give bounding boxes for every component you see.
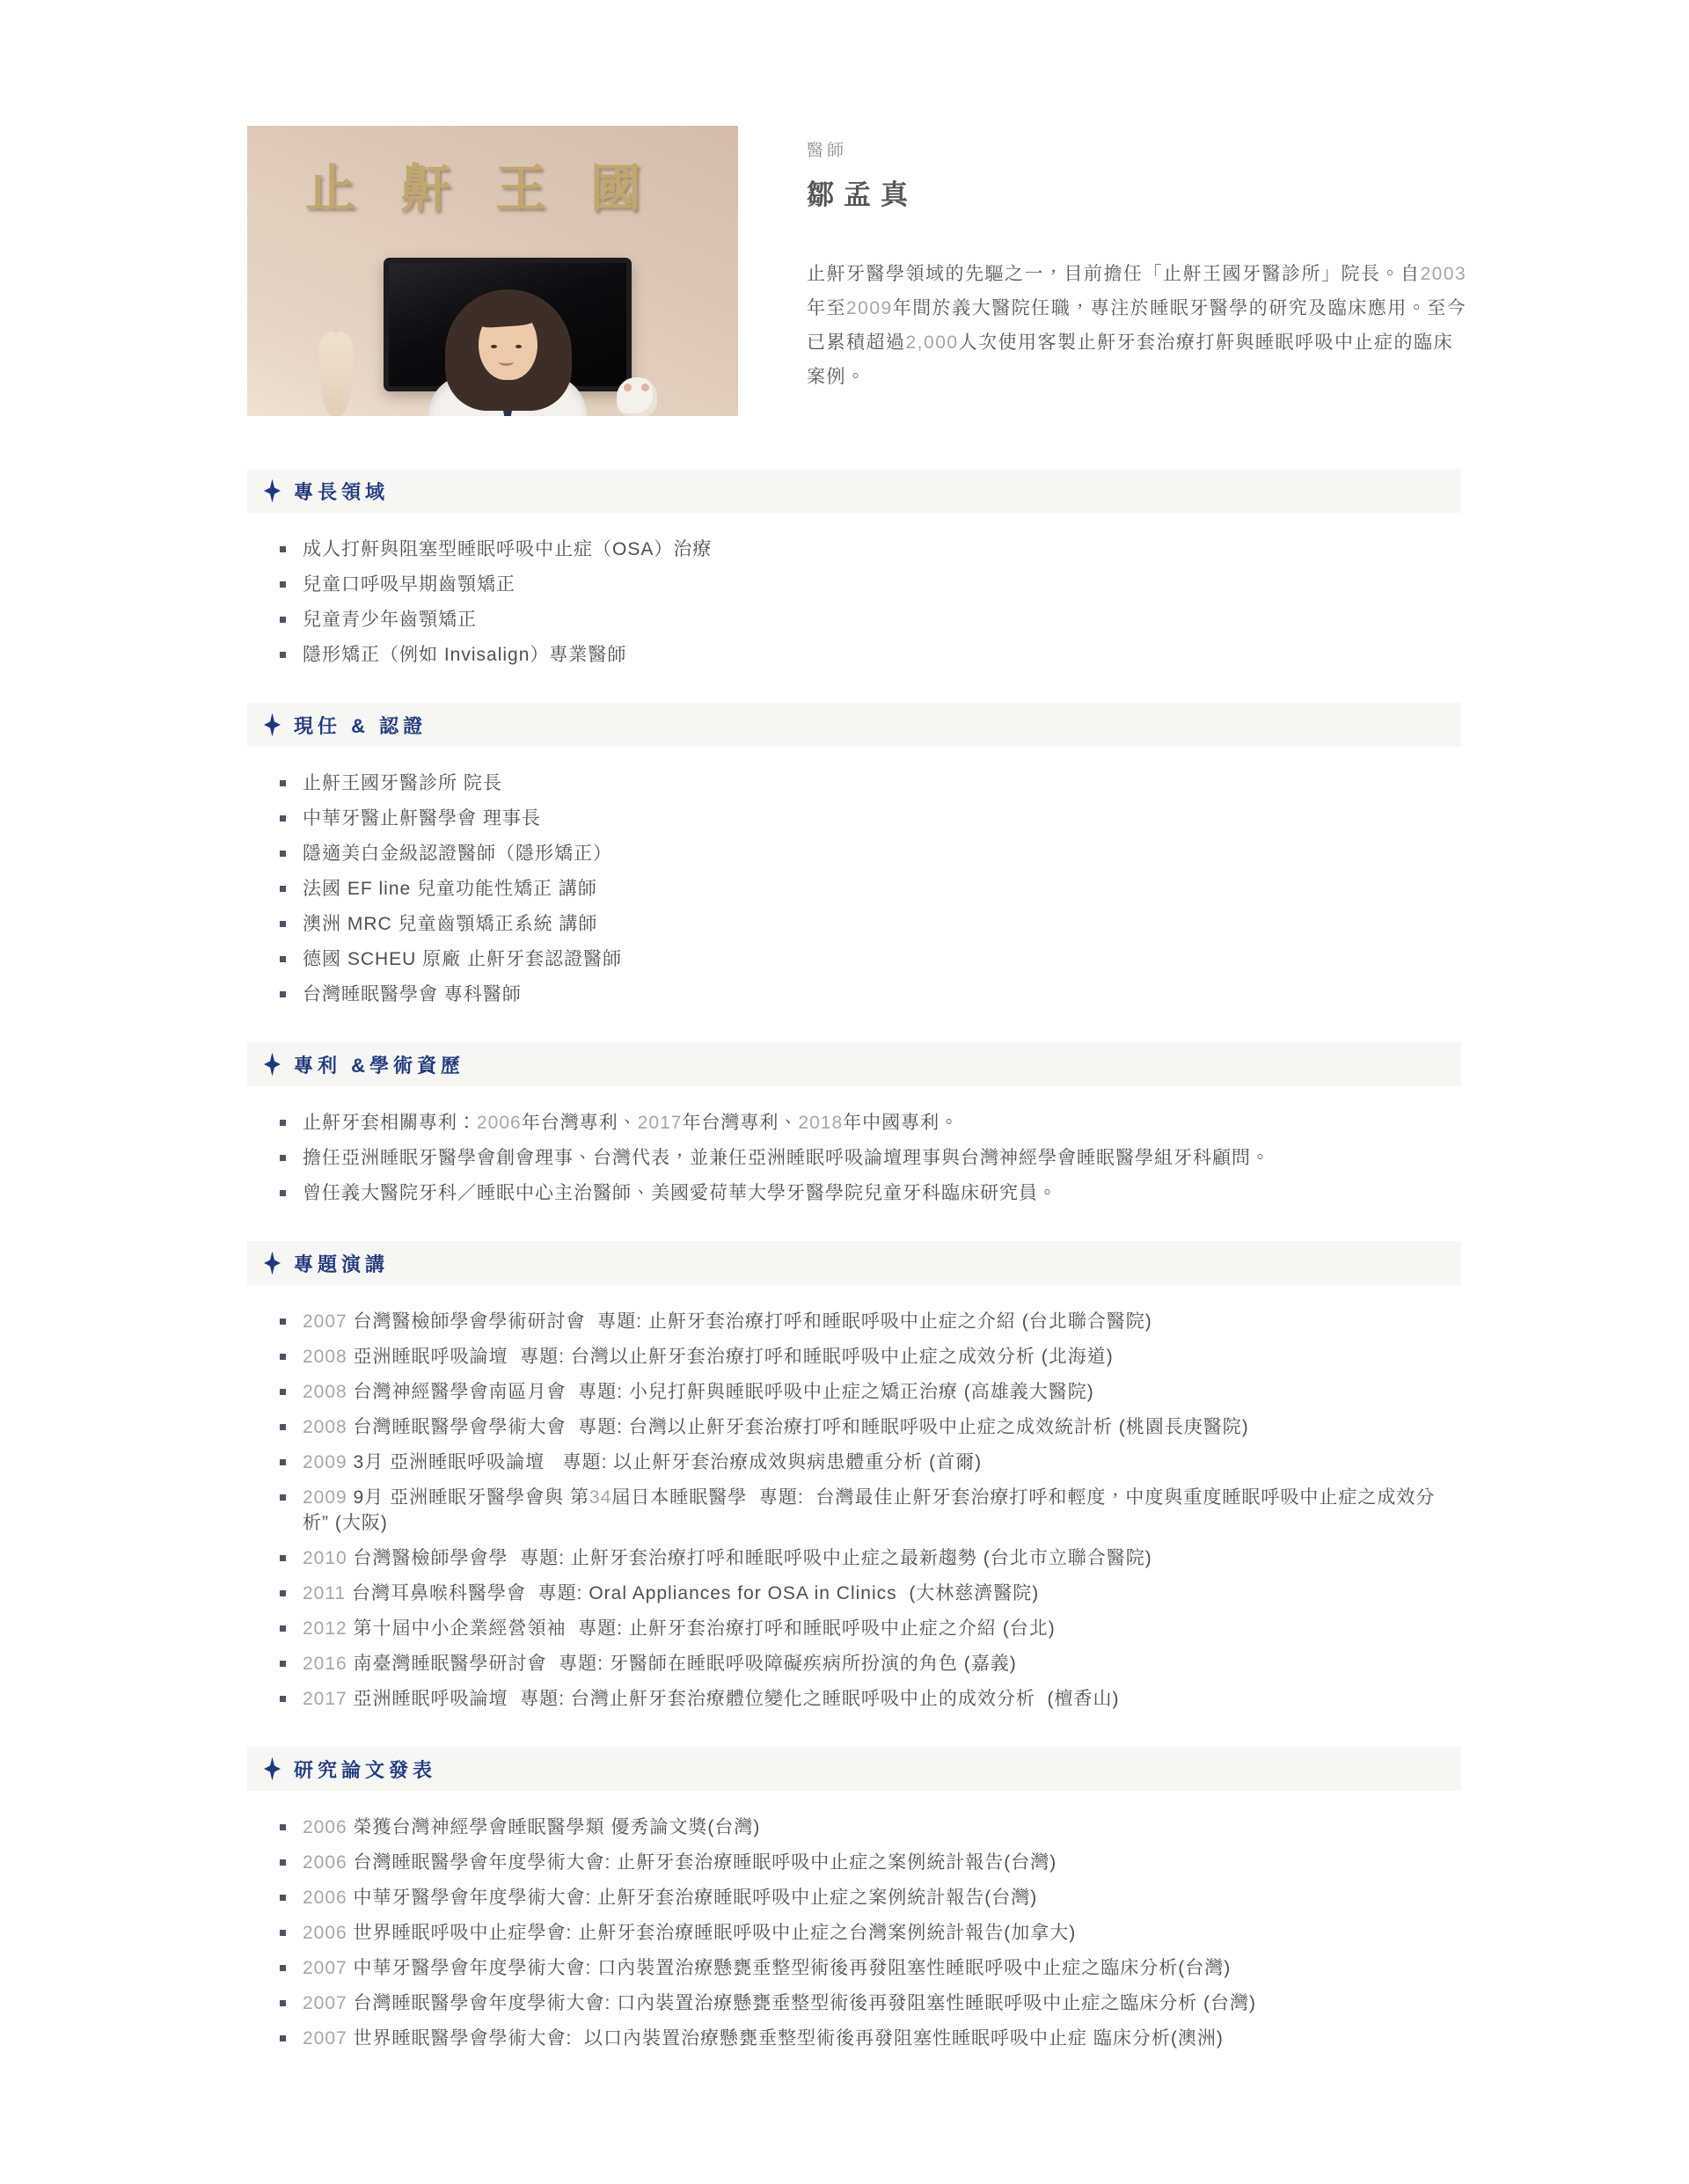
year-text: 2012 <box>303 1618 347 1639</box>
bullet-square-icon <box>280 991 286 997</box>
item-text: 台灣睡眠醫學會 專科醫師 <box>303 984 522 1004</box>
bullet-square-icon <box>280 780 286 786</box>
list-item: 成人打鼾與阻塞型睡眠呼吸中止症（OSA）治療 <box>280 537 1438 562</box>
item-text: 年中國專利。 <box>843 1113 959 1133</box>
bullet-square-icon <box>280 2000 286 2006</box>
item-text: 德國 SCHEU 原廠 止鼾牙套認證醫師 <box>303 949 622 969</box>
year-text: 2017 <box>638 1113 683 1133</box>
bullet-square-icon <box>280 581 286 588</box>
bullet-square-icon <box>280 1389 286 1395</box>
bullet-square-icon <box>280 1190 286 1196</box>
section-title-patents-academic: 專利 &學術資歷 <box>294 1051 464 1078</box>
item-text: 台灣耳鼻喉科醫學會 專題: Oral Appliances for OSA in… <box>346 1583 1039 1603</box>
bullet-square-icon <box>280 1696 286 1702</box>
item-text: 成人打鼾與阻塞型睡眠呼吸中止症（OSA）治療 <box>303 539 712 559</box>
section-title-positions-certifications: 現任 & 認證 <box>294 712 427 739</box>
list-item: 止鼾王國牙醫診所 院長 <box>280 771 1438 796</box>
year-text: 2016 <box>303 1654 347 1674</box>
section-specialties: 專長領域成人打鼾與阻塞型睡眠呼吸中止症（OSA）治療兒童口呼吸早期齒顎矯正兒童青… <box>247 469 1461 668</box>
item-text: 年台灣專利、 <box>522 1113 638 1133</box>
item-text: 隱適美白金級認證醫師（隱形矯正） <box>303 844 612 864</box>
bullet-square-icon <box>280 1459 286 1465</box>
year-text: 34 <box>589 1487 611 1508</box>
section-title-specialties: 專長領域 <box>294 478 389 505</box>
year-text: 2008 <box>303 1382 347 1402</box>
list-item: 2007 中華牙醫學會年度學術大會: 口內裝置治療懸甕垂整型術後再發阻塞性睡眠呼… <box>280 1955 1438 1981</box>
list-item: 2017 亞洲睡眠呼吸論壇 專題: 台灣止鼾牙套治療體位變化之睡眠呼吸中止的成效… <box>280 1686 1438 1712</box>
item-text: 亞洲睡眠呼吸論壇 專題: 台灣止鼾牙套治療體位變化之睡眠呼吸中止的成效分析 (檀… <box>347 1689 1120 1709</box>
bullet-square-icon <box>280 1859 286 1866</box>
item-text: 止鼾王國牙醫診所 院長 <box>303 773 502 793</box>
item-text: 兒童口呼吸早期齒顎矯正 <box>303 574 515 595</box>
eye <box>515 345 522 348</box>
year-text: 2008 <box>303 1417 347 1437</box>
list-item: 2012 第十屆中小企業經營領袖 專題: 止鼾牙套治療打呼和睡眠呼吸中止症之介紹… <box>280 1616 1438 1641</box>
list-item: 澳洲 MRC 兒童齒顎矯正系統 講師 <box>280 911 1438 937</box>
item-text: 世界睡眠醫學會學術大會: 以口內裝置治療懸甕垂整型術後再發阻塞性睡眠呼吸中止症 … <box>347 2028 1224 2049</box>
ornament <box>319 332 353 416</box>
item-text: 台灣神經醫學會南區月會 專題: 小兒打鼾與睡眠呼吸中止症之矯正治療 (高雄義大醫… <box>347 1382 1094 1402</box>
item-text: 3月 亞洲睡眠呼吸論壇 專題: 以止鼾牙套治療成效與病患體重分析 (首爾) <box>347 1452 982 1472</box>
year-text: 2009 <box>303 1452 347 1472</box>
list-item: 中華牙醫止鼾醫學會 理事長 <box>280 806 1438 831</box>
list-item: 德國 SCHEU 原廠 止鼾牙套認證醫師 <box>280 946 1438 972</box>
eye <box>491 345 497 348</box>
item-text: 第十屆中小企業經營領袖 專題: 止鼾牙套治療打呼和睡眠呼吸中止症之介紹 (台北) <box>347 1618 1056 1639</box>
year-text: 2018 <box>798 1113 843 1133</box>
section-positions-certifications: 現任 & 認證止鼾王國牙醫診所 院長中華牙醫止鼾醫學會 理事長隱適美白金級認證醫… <box>247 703 1461 1007</box>
profile-header: 止鼾王國 醫師 鄒孟真 <box>247 126 1461 416</box>
bio-paragraph: 止鼾牙醫學領域的先驅之一，目前擔任「止鼾王國牙醫診所」院長。自2003年至200… <box>807 257 1468 394</box>
bullet-square-icon <box>280 652 286 658</box>
list-item: 2006 榮獲台灣神經學會睡眠醫學類 優秀論文獎(台灣) <box>280 1815 1438 1840</box>
list-item: 2009 9月 亞洲睡眠牙醫學會與 第34屆日本睡眠醫學 專題: 台灣最佳止鼾牙… <box>280 1485 1438 1536</box>
photo-sign-text: 止鼾王國 <box>305 147 685 221</box>
item-text: 台灣醫檢師學會學術研討會 專題: 止鼾牙套治療打呼和睡眠呼吸中止症之介紹 (台北… <box>347 1311 1152 1332</box>
bullet-square-icon <box>280 1930 286 1936</box>
item-text: 中華牙醫止鼾醫學會 理事長 <box>303 808 541 829</box>
section-title-lectures: 專題演講 <box>294 1250 389 1277</box>
year-text: 2006 <box>303 1888 347 1908</box>
item-text: 9月 亞洲睡眠牙醫學會與 第 <box>347 1487 589 1508</box>
item-text: 止鼾牙套相關專利： <box>303 1113 477 1133</box>
bio-text: 止鼾牙醫學領域的先驅之一，目前擔任「止鼾王國牙醫診所」院長。自 <box>807 264 1421 284</box>
year-text: 2007 <box>303 1958 347 1978</box>
year-text: 2008 <box>303 1347 347 1367</box>
year-text: 2006 <box>477 1113 522 1133</box>
bullet-square-icon <box>280 1661 286 1667</box>
numeric-text: 2009 <box>846 298 893 318</box>
diamond-icon <box>264 1252 281 1275</box>
section-header-publications: 研究論文發表 <box>247 1747 1461 1791</box>
doctor-profile-page: 止鼾王國 醫師 鄒孟真 <box>0 0 1689 2184</box>
item-text: 台灣睡眠醫學會年度學術大會: 止鼾牙套治療睡眠呼吸中止症之案例統計報告(台灣) <box>347 1852 1057 1873</box>
bullet-square-icon <box>280 921 286 927</box>
bullet-square-icon <box>280 1318 286 1325</box>
list-item: 法國 EF line 兒童功能性矯正 講師 <box>280 876 1438 902</box>
section-lectures: 專題演講2007 台灣醫檢師學會學術研討會 專題: 止鼾牙套治療打呼和睡眠呼吸中… <box>247 1241 1461 1712</box>
list-item: 2007 世界睡眠醫學會學術大會: 以口內裝置治療懸甕垂整型術後再發阻塞性睡眠呼… <box>280 2026 1438 2051</box>
item-text: 中華牙醫學會年度學術大會: 口內裝置治療懸甕垂整型術後再發阻塞性睡眠呼吸中止症之… <box>347 1958 1232 1978</box>
numeric-text: 2003 <box>1421 264 1467 284</box>
year-text: 2017 <box>303 1689 347 1709</box>
diamond-icon <box>264 1757 281 1781</box>
clinic-photo: 止鼾王國 <box>247 126 738 416</box>
item-text: 擔任亞洲睡眠牙醫學會創會理事、台灣代表，並兼任亞洲睡眠呼吸論壇理事與台灣神經學會… <box>303 1148 1270 1168</box>
year-text: 2006 <box>303 1923 347 1943</box>
list-item: 2016 南臺灣睡眠醫學研討會 專題: 牙醫師在睡眠呼吸障礙疾病所扮演的角色 (… <box>280 1651 1438 1676</box>
list-item: 2007 台灣睡眠醫學會年度學術大會: 口內裝置治療懸甕垂整型術後再發阻塞性睡眠… <box>280 1990 1438 2016</box>
mouth <box>499 358 514 366</box>
list-item: 兒童青少年齒顎矯正 <box>280 607 1438 632</box>
bullet-square-icon <box>280 1895 286 1901</box>
sections: 專長領域成人打鼾與阻塞型睡眠呼吸中止症（OSA）治療兒童口呼吸早期齒顎矯正兒童青… <box>247 469 1461 2051</box>
section-list-patents-academic: 止鼾牙套相關專利：2006年台灣專利、2017年台灣專利、2018年中國專利。擔… <box>247 1110 1461 1206</box>
list-item: 2009 3月 亞洲睡眠呼吸論壇 專題: 以止鼾牙套治療成效與病患體重分析 (首… <box>280 1450 1438 1475</box>
item-text: 台灣醫檢師學會學 專題: 止鼾牙套治療打呼和睡眠呼吸中止症之最新趨勢 (台北市立… <box>347 1548 1152 1568</box>
item-text: 榮獲台灣神經學會睡眠醫學類 優秀論文獎(台灣) <box>347 1817 761 1837</box>
section-header-patents-academic: 專利 &學術資歷 <box>247 1042 1461 1086</box>
doctor-name: 鄒孟真 <box>807 172 1468 212</box>
year-text: 2007 <box>303 1311 347 1332</box>
item-text: 亞洲睡眠呼吸論壇 專題: 台灣以止鼾牙套治療打呼和睡眠呼吸中止症之成效分析 (北… <box>347 1347 1114 1367</box>
item-text: 法國 EF line 兒童功能性矯正 講師 <box>303 879 597 899</box>
bullet-square-icon <box>280 1625 286 1632</box>
diamond-icon <box>264 479 281 503</box>
section-patents-academic: 專利 &學術資歷止鼾牙套相關專利：2006年台灣專利、2017年台灣專利、201… <box>247 1042 1461 1206</box>
bullet-square-icon <box>280 956 286 962</box>
item-text: 台灣睡眠醫學會年度學術大會: 口內裝置治療懸甕垂整型術後再發阻塞性睡眠呼吸中止症… <box>347 1993 1256 2013</box>
section-list-positions-certifications: 止鼾王國牙醫診所 院長中華牙醫止鼾醫學會 理事長隱適美白金級認證醫師（隱形矯正）… <box>247 771 1461 1007</box>
list-item: 2008 台灣神經醫學會南區月會 專題: 小兒打鼾與睡眠呼吸中止症之矯正治療 (… <box>280 1379 1438 1405</box>
diamond-icon <box>264 1053 281 1077</box>
bullet-square-icon <box>280 1354 286 1360</box>
bullet-square-icon <box>280 815 286 822</box>
list-item: 隱形矯正（例如 Invisalign）專業醫師 <box>280 642 1438 668</box>
list-item: 2006 世界睡眠呼吸中止症學會: 止鼾牙套治療睡眠呼吸中止症之台灣案例統計報告… <box>280 1920 1438 1946</box>
section-list-lectures: 2007 台灣醫檢師學會學術研討會 專題: 止鼾牙套治療打呼和睡眠呼吸中止症之介… <box>247 1309 1461 1712</box>
figurine <box>617 377 657 416</box>
intro-block: 醫師 鄒孟真 止鼾牙醫學領域的先驅之一，目前擔任「止鼾王國牙醫診所」院長。自20… <box>807 126 1468 416</box>
list-item: 2011 台灣耳鼻喉科醫學會 專題: Oral Appliances for O… <box>280 1581 1438 1606</box>
role-label: 醫師 <box>807 137 1468 161</box>
list-item: 2006 中華牙醫學會年度學術大會: 止鼾牙套治療睡眠呼吸中止症之案例統計報告(… <box>280 1885 1438 1910</box>
item-text: 隱形矯正（例如 Invisalign）專業醫師 <box>303 645 626 665</box>
list-item: 2010 台灣醫檢師學會學 專題: 止鼾牙套治療打呼和睡眠呼吸中止症之最新趨勢 … <box>280 1545 1438 1571</box>
year-text: 2007 <box>303 1993 347 2013</box>
bullet-square-icon <box>280 1965 286 1971</box>
list-item: 止鼾牙套相關專利：2006年台灣專利、2017年台灣專利、2018年中國專利。 <box>280 1110 1438 1136</box>
list-item: 曾任義大醫院牙科／睡眠中心主治醫師、美國愛荷華大學牙醫學院兒童牙科臨床研究員。 <box>280 1180 1438 1206</box>
list-item: 擔任亞洲睡眠牙醫學會創會理事、台灣代表，並兼任亞洲睡眠呼吸論壇理事與台灣神經學會… <box>280 1145 1438 1171</box>
list-item: 兒童口呼吸早期齒顎矯正 <box>280 572 1438 597</box>
list-item: 隱適美白金級認證醫師（隱形矯正） <box>280 841 1438 866</box>
bullet-square-icon <box>280 1590 286 1596</box>
section-publications: 研究論文發表2006 榮獲台灣神經學會睡眠醫學類 優秀論文獎(台灣)2006 台… <box>247 1747 1461 2051</box>
bullet-square-icon <box>280 2035 286 2042</box>
item-text: 兒童青少年齒顎矯正 <box>303 610 477 630</box>
bullet-square-icon <box>280 851 286 857</box>
year-text: 2011 <box>303 1583 346 1603</box>
bullet-square-icon <box>280 886 286 892</box>
bullet-square-icon <box>280 1555 286 1561</box>
section-header-specialties: 專長領域 <box>247 469 1461 513</box>
item-text: 澳洲 MRC 兒童齒顎矯正系統 講師 <box>303 914 597 934</box>
bullet-square-icon <box>280 1155 286 1161</box>
bullet-square-icon <box>280 1120 286 1126</box>
bullet-square-icon <box>280 1494 286 1501</box>
section-list-specialties: 成人打鼾與阻塞型睡眠呼吸中止症（OSA）治療兒童口呼吸早期齒顎矯正兒童青少年齒顎… <box>247 537 1461 668</box>
year-text: 2006 <box>303 1817 347 1837</box>
year-text: 2010 <box>303 1548 347 1568</box>
list-item: 台灣睡眠醫學會 專科醫師 <box>280 982 1438 1007</box>
list-item: 2007 台灣醫檢師學會學術研討會 專題: 止鼾牙套治療打呼和睡眠呼吸中止症之介… <box>280 1309 1438 1334</box>
year-text: 2007 <box>303 2028 347 2049</box>
item-text: 台灣睡眠醫學會學術大會 專題: 台灣以止鼾牙套治療打呼和睡眠呼吸中止症之成效統計… <box>347 1417 1249 1437</box>
bullet-square-icon <box>280 617 286 623</box>
list-item: 2006 台灣睡眠醫學會年度學術大會: 止鼾牙套治療睡眠呼吸中止症之案例統計報告… <box>280 1850 1438 1875</box>
bio-text: 年至 <box>807 298 846 318</box>
item-text: 曾任義大醫院牙科／睡眠中心主治醫師、美國愛荷華大學牙醫學院兒童牙科臨床研究員。 <box>303 1183 1057 1203</box>
bullet-square-icon <box>280 1424 286 1430</box>
item-text: 中華牙醫學會年度學術大會: 止鼾牙套治療睡眠呼吸中止症之案例統計報告(台灣) <box>347 1888 1038 1908</box>
section-header-lectures: 專題演講 <box>247 1241 1461 1285</box>
bullet-square-icon <box>280 1824 286 1830</box>
item-text: 年台灣專利、 <box>682 1113 798 1133</box>
year-text: 2006 <box>303 1852 347 1873</box>
year-text: 2009 <box>303 1487 347 1508</box>
numeric-text: 2,000 <box>906 332 959 353</box>
section-list-publications: 2006 榮獲台灣神經學會睡眠醫學類 優秀論文獎(台灣)2006 台灣睡眠醫學會… <box>247 1815 1461 2051</box>
section-title-publications: 研究論文發表 <box>294 1756 436 1783</box>
item-text: 世界睡眠呼吸中止症學會: 止鼾牙套治療睡眠呼吸中止症之台灣案例統計報告(加拿大) <box>347 1923 1077 1943</box>
item-text: 南臺灣睡眠醫學研討會 專題: 牙醫師在睡眠呼吸障礙疾病所扮演的角色 (嘉義) <box>347 1654 1017 1674</box>
bullet-square-icon <box>280 546 286 552</box>
diamond-icon <box>264 713 281 737</box>
section-header-positions-certifications: 現任 & 認證 <box>247 703 1461 747</box>
list-item: 2008 亞洲睡眠呼吸論壇 專題: 台灣以止鼾牙套治療打呼和睡眠呼吸中止症之成效… <box>280 1344 1438 1370</box>
content-column: 止鼾王國 醫師 鄒孟真 <box>247 0 1461 2184</box>
list-item: 2008 台灣睡眠醫學會學術大會 專題: 台灣以止鼾牙套治療打呼和睡眠呼吸中止症… <box>280 1414 1438 1440</box>
